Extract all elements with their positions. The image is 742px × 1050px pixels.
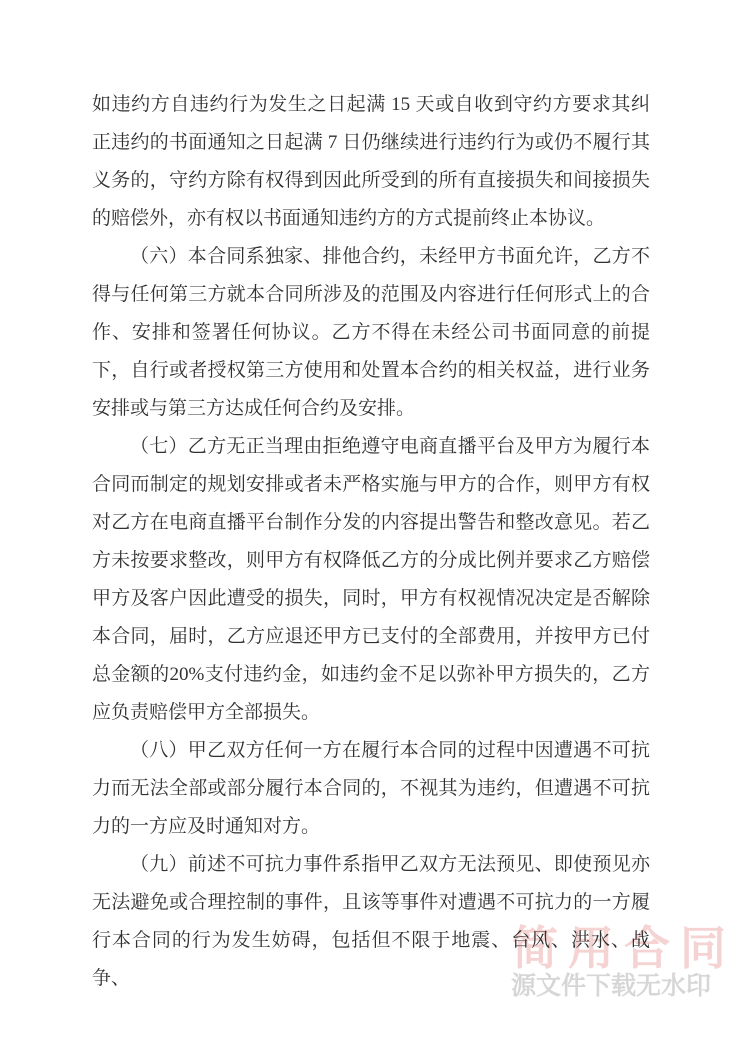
contract-paragraph-clause-7: （七）乙方无正当理由拒绝遵守电商直播平台及甲方为履行本合同而制定的规划安排或者未… (92, 428, 650, 732)
document-page: 如违约方自违约行为发生之日起满 15 天或自收到守约方要求其纠正违约的书面通知之… (0, 0, 742, 1050)
contract-body: 如违约方自违约行为发生之日起满 15 天或自收到守约方要求其纠正违约的书面通知之… (92, 86, 650, 998)
contract-paragraph-clause-6: （六）本合同系独家、排他合约，未经甲方书面允许，乙方不得与任何第三方就本合同所涉… (92, 238, 650, 428)
contract-paragraph-clause-5-continuation: 如违约方自违约行为发生之日起满 15 天或自收到守约方要求其纠正违约的书面通知之… (92, 86, 650, 238)
contract-paragraph-clause-8: （八）甲乙双方任何一方在履行本合同的过程中因遭遇不可抗力而无法全部或部分履行本合… (92, 732, 650, 846)
contract-paragraph-clause-9: （九）前述不可抗力事件系指甲乙双方无法预见、即使预见亦无法避免或合理控制的事件，… (92, 846, 650, 998)
